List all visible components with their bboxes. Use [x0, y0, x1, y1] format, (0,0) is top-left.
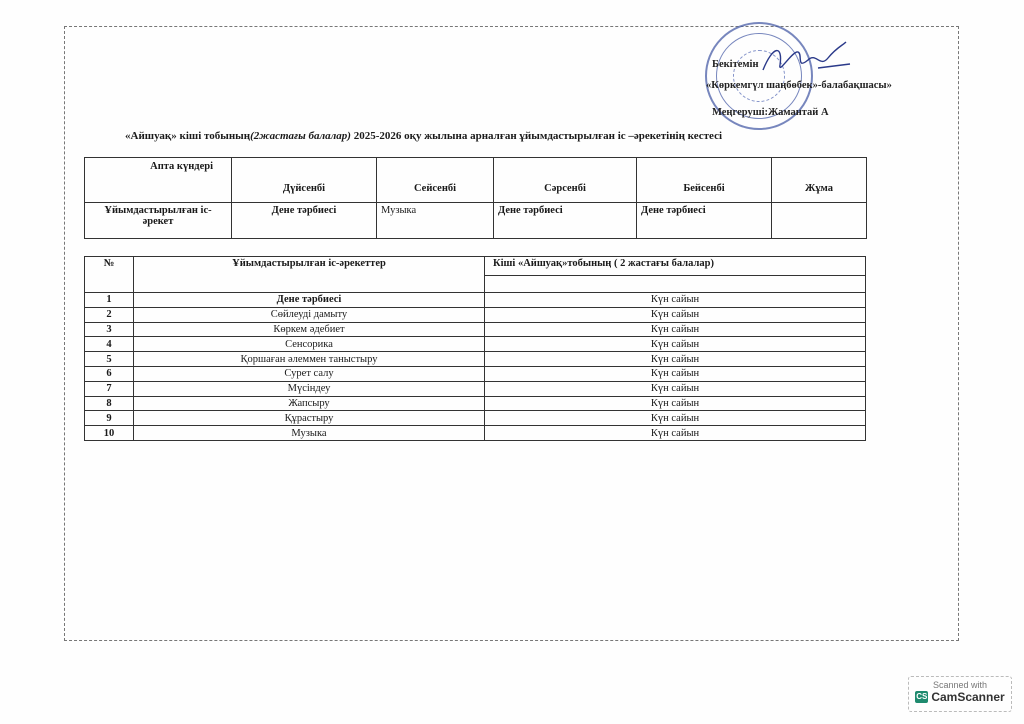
- activity-name: Дене тәрбиесі: [134, 293, 485, 308]
- approval-line-1: Бекітемін: [712, 59, 759, 70]
- activity-frequency: Күн сайын: [485, 426, 866, 441]
- activity-frequency: Күн сайын: [485, 381, 866, 396]
- row-number: 3: [85, 322, 134, 337]
- title-part-1: «Айшуақ» кіші тобының: [125, 130, 250, 142]
- table-row: 2Сөйлеуді дамытуКүн сайын: [85, 307, 866, 322]
- day-activity: Дене тәрбиесі: [637, 203, 772, 239]
- day-header: Дүйсенбі: [232, 158, 377, 203]
- day-activity: Дене тәрбиесі: [494, 203, 637, 239]
- weekly-schedule-table: Апта күндері Дүйсенбі Сейсенбі Сәрсенбі …: [84, 157, 867, 239]
- table-row: 10МузыкаКүн сайын: [85, 426, 866, 441]
- row-number: 2: [85, 307, 134, 322]
- row-number: 5: [85, 352, 134, 367]
- row-number: 10: [85, 426, 134, 441]
- activity-frequency: Күн сайын: [485, 307, 866, 322]
- activity-name: Сенсорика: [134, 337, 485, 352]
- camscanner-logo-icon: CS: [915, 691, 928, 703]
- activity-frequency: Күн сайын: [485, 411, 866, 426]
- activity-frequency: Күн сайын: [485, 366, 866, 381]
- day-header: Жұма: [772, 158, 867, 203]
- activity-frequency: Күн сайын: [485, 337, 866, 352]
- table-row: 3Көркем әдебиетКүн сайын: [85, 322, 866, 337]
- row-number: 7: [85, 381, 134, 396]
- row-label: Ұйымдастырылған іс-әрекет: [85, 203, 232, 239]
- row-number: 8: [85, 396, 134, 411]
- row-number: 1: [85, 293, 134, 308]
- day-header: Сейсенбі: [377, 158, 494, 203]
- title-italic: (2жастағы балалар): [250, 130, 351, 142]
- camscanner-watermark: Scanned with CSCamScanner: [908, 676, 1012, 712]
- approval-line-2: «Көркемгүл шаңбөбек»-балабақшасы»: [706, 80, 892, 91]
- watermark-caption: Scanned with: [909, 680, 1011, 690]
- row-number: 4: [85, 337, 134, 352]
- activities-table: № Ұйымдастырылған іс-әрекеттер Кіші «Айш…: [84, 256, 866, 441]
- row-number: 9: [85, 411, 134, 426]
- activity-frequency: Күн сайын: [485, 293, 866, 308]
- watermark-brand: CamScanner: [931, 690, 1004, 704]
- weekly-activity-row: Ұйымдастырылған іс-әрекет Дене тәрбиесі …: [85, 203, 867, 239]
- document-title: «Айшуақ» кіші тобының(2жастағы балалар) …: [125, 130, 722, 142]
- activity-frequency: Күн сайын: [485, 322, 866, 337]
- row-number: 6: [85, 366, 134, 381]
- activities-header-row: № Ұйымдастырылған іс-әрекеттер Кіші «Айш…: [85, 257, 866, 276]
- activity-name: Мүсіндеу: [134, 381, 485, 396]
- header-blank-cell: [485, 276, 866, 293]
- weekly-header-row: Апта күндері Дүйсенбі Сейсенбі Сәрсенбі …: [85, 158, 867, 203]
- activity-name: Құрастыру: [134, 411, 485, 426]
- table-row: 4СенсорикаКүн сайын: [85, 337, 866, 352]
- header-activities: Ұйымдастырылған іс-әрекеттер: [134, 257, 485, 293]
- table-row: 9ҚұрастыруКүн сайын: [85, 411, 866, 426]
- table-row: 7МүсіндеуКүн сайын: [85, 381, 866, 396]
- activity-name: Жапсыру: [134, 396, 485, 411]
- table-row: 5Қоршаған әлеммен таныстыруКүн сайын: [85, 352, 866, 367]
- signature: [758, 40, 853, 80]
- title-part-2: 2025-2026 оқу жылына арналған ұйымдастыр…: [351, 130, 722, 142]
- table-row: 6Сурет салуКүн сайын: [85, 366, 866, 381]
- activity-frequency: Күн сайын: [485, 396, 866, 411]
- activity-name: Қоршаған әлеммен таныстыру: [134, 352, 485, 367]
- day-activity: Дене тәрбиесі: [232, 203, 377, 239]
- day-activity: [772, 203, 867, 239]
- table-row: 8ЖапсыруКүн сайын: [85, 396, 866, 411]
- day-header: Сәрсенбі: [494, 158, 637, 203]
- activity-frequency: Күн сайын: [485, 352, 866, 367]
- corner-label: Апта күндері: [85, 158, 232, 203]
- header-group: Кіші «Айшуақ»тобының ( 2 жастағы балалар…: [485, 257, 866, 276]
- activity-name: Сөйлеуді дамыту: [134, 307, 485, 322]
- approval-line-3: Меңгерушi:Жамантай А: [712, 107, 829, 118]
- activity-name: Сурет салу: [134, 366, 485, 381]
- day-header: Бейсенбі: [637, 158, 772, 203]
- header-number: №: [85, 257, 134, 293]
- activity-name: Көркем әдебиет: [134, 322, 485, 337]
- table-row: 1Дене тәрбиесіКүн сайын: [85, 293, 866, 308]
- activity-name: Музыка: [134, 426, 485, 441]
- day-activity: Музыка: [377, 203, 494, 239]
